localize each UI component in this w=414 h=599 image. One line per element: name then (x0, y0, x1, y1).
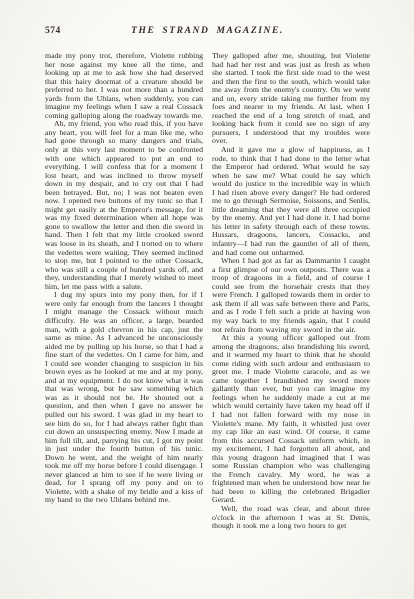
paragraph: Ah, my friend, you who read this, if you… (45, 120, 203, 291)
left-column: made my pony trot, therefore, Violette r… (45, 52, 203, 531)
paragraph: They galloped after me, shouting, but Vi… (212, 52, 370, 146)
text-columns: made my pony trot, therefore, Violette r… (45, 52, 370, 531)
paragraph: And it gave me a glow of happiness, as I… (212, 146, 370, 257)
paragraph: When I had got as far as Dammartin I cau… (212, 257, 370, 334)
page-header: 574 THE STRAND MAGAZINE. (45, 26, 370, 42)
paragraph: Well, the road was clear, and about thre… (212, 505, 370, 531)
paragraph: made my pony trot, therefore, Violette r… (45, 52, 203, 120)
paragraph: I dug my spurs into my pony then, for if… (45, 291, 203, 505)
magazine-page: 574 THE STRAND MAGAZINE. made my pony tr… (0, 0, 414, 599)
running-title: THE STRAND MAGAZINE. (45, 26, 370, 36)
paragraph: At this a young officer galloped out fro… (212, 334, 370, 505)
right-column: They galloped after me, shouting, but Vi… (212, 52, 370, 531)
